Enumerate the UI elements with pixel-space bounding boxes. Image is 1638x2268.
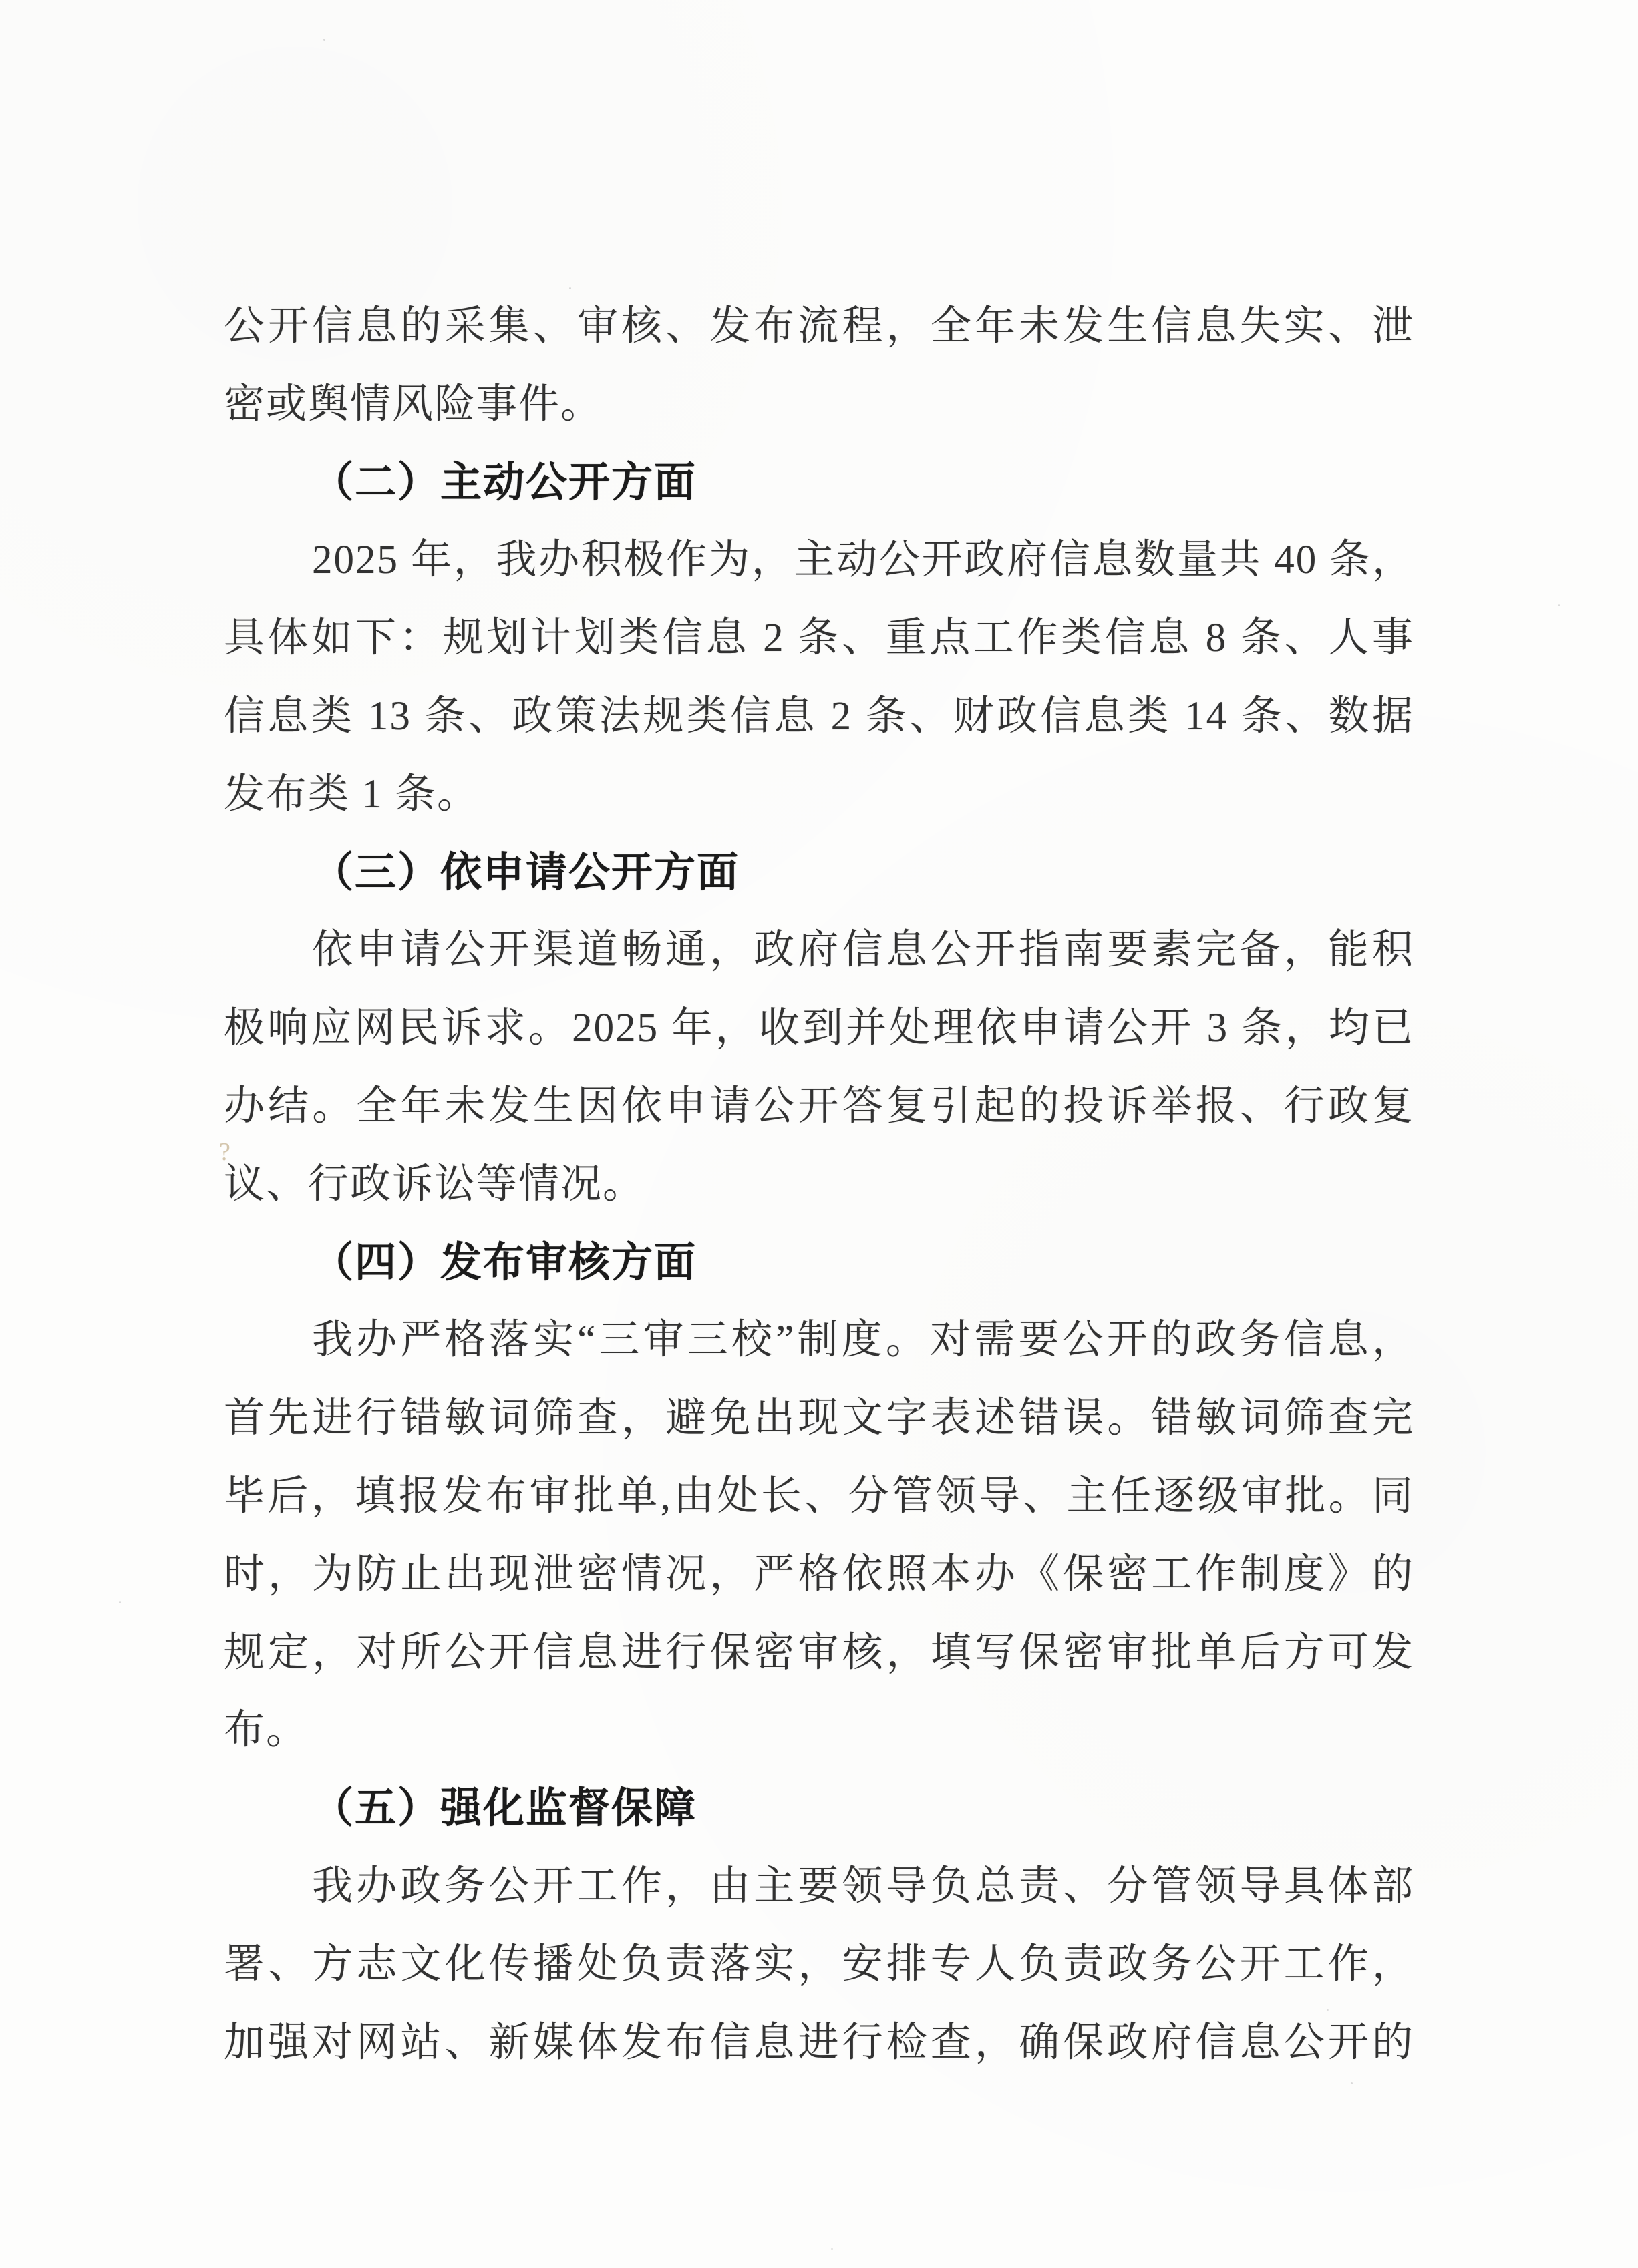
document-text-block: 公开信息的采集、审核、发布流程，全年未发生信息失实、泄密或舆情风险事件。（二）主… — [224, 288, 1414, 2082]
text-line: 议、行政诉讼等情况。 — [224, 1146, 1414, 1224]
text-line: 依申请公开渠道畅通，政府信息公开指南要素完备，能积 — [224, 912, 1414, 990]
section-heading: （二）主动公开方面 — [224, 444, 1414, 522]
text-line: 规定，对所公开信息进行保密审核，填写保密审批单后方可发 — [224, 1614, 1414, 1692]
text-line: 公开信息的采集、审核、发布流程，全年未发生信息失实、泄 — [224, 288, 1414, 366]
scan-speck — [1558, 604, 1560, 606]
text-line: 我办严格落实“三审三校”制度。对需要公开的政务信息， — [224, 1302, 1414, 1380]
text-line: 密或舆情风险事件。 — [224, 366, 1414, 444]
text-line: 信息类 13 条、政策法规类信息 2 条、财政信息类 14 条、数据 — [224, 678, 1414, 756]
scanned-document-page: 公开信息的采集、审核、发布流程，全年未发生信息失实、泄密或舆情风险事件。（二）主… — [0, 0, 1638, 2268]
text-line: 具体如下：规划计划类信息 2 条、重点工作类信息 8 条、人事 — [224, 600, 1414, 678]
section-heading: （四）发布审核方面 — [224, 1224, 1414, 1302]
scan-speck — [831, 2248, 833, 2250]
section-heading: （五）强化监督保障 — [224, 1770, 1414, 1848]
text-line: 极响应网民诉求。2025 年，收到并处理依申请公开 3 条，均已 — [224, 990, 1414, 1068]
scan-smudge-mark: ? — [219, 1139, 230, 1165]
text-line: 加强对网站、新媒体发布信息进行检查，确保政府信息公开的 — [224, 2004, 1414, 2082]
text-line: 办结。全年未发生因依申请公开答复引起的投诉举报、行政复 — [224, 1068, 1414, 1146]
section-heading: （三）依申请公开方面 — [224, 834, 1414, 912]
text-line: 布。 — [224, 1692, 1414, 1770]
text-line: 发布类 1 条。 — [224, 756, 1414, 834]
scan-speck — [119, 1601, 121, 1603]
text-line: 时，为防止出现泄密情况，严格依照本办《保密工作制度》的 — [224, 1536, 1414, 1614]
scan-speck — [323, 39, 325, 41]
text-line: 首先进行错敏词筛查，避免出现文字表述错误。错敏词筛查完 — [224, 1380, 1414, 1458]
text-line: 署、方志文化传播处负责落实，安排专人负责政务公开工作， — [224, 1926, 1414, 2004]
scan-speck — [1327, 2009, 1329, 2011]
text-line: 毕后，填报发布审批单,由处长、分管领导、主任逐级审批。同 — [224, 1458, 1414, 1536]
scan-speck — [1351, 2082, 1353, 2084]
text-line: 我办政务公开工作，由主要领导负总责、分管领导具体部 — [224, 1848, 1414, 1926]
scan-speck — [569, 287, 571, 289]
text-line: 2025 年，我办积极作为，主动公开政府信息数量共 40 条， — [224, 522, 1414, 600]
